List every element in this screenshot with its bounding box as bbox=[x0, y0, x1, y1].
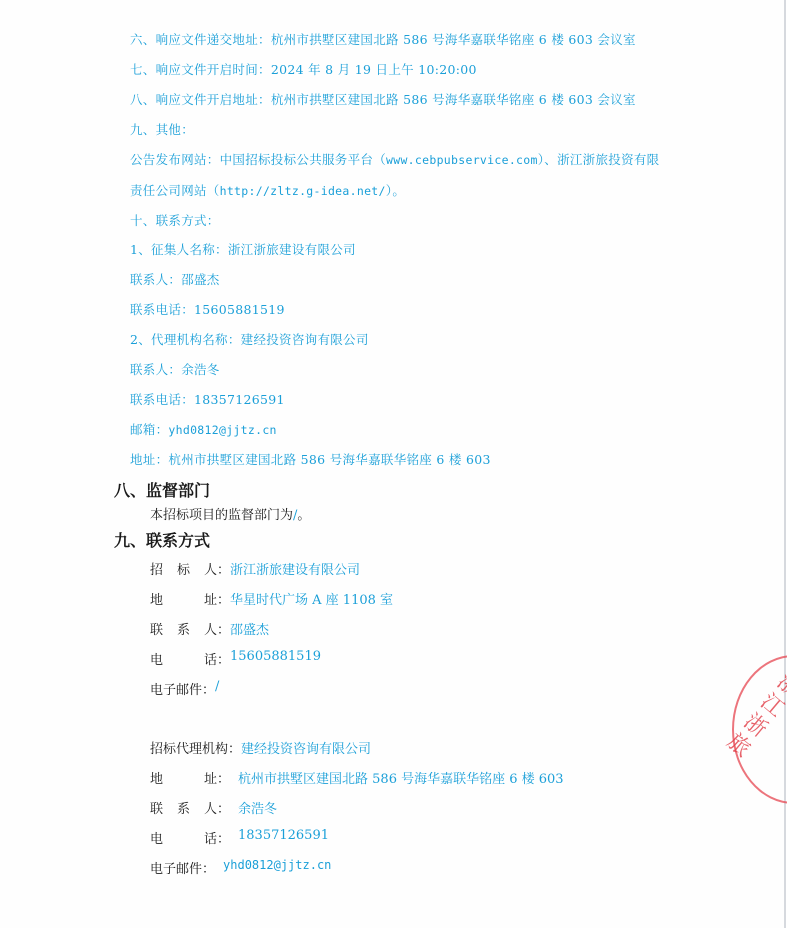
publish-prefix: 责任公司网站（ bbox=[130, 183, 220, 198]
solicitor-person: 联系人：邵盛杰 bbox=[130, 270, 220, 288]
cebpubservice-link[interactable]: www.cebpubservice.com bbox=[386, 153, 538, 167]
row-label: 电话 bbox=[150, 828, 217, 847]
tenderer-name-row: 招标人：浙江浙旅建设有限公司 bbox=[150, 559, 360, 578]
supervision-prefix: 本招标项目的监督部门为 bbox=[150, 508, 293, 523]
row-label: 联系人 bbox=[150, 798, 217, 817]
row-value[interactable]: yhd0812@jjtz.cn bbox=[223, 858, 331, 877]
row-label: 电子邮件 bbox=[150, 679, 202, 698]
colon: ： bbox=[217, 798, 230, 817]
colon: ： bbox=[217, 768, 230, 787]
agent-email-row: 电子邮件：yhd0812@jjtz.cn bbox=[150, 858, 331, 877]
document-page: 六、响应文件递交地址：杭州市拱墅区建国北路 586 号海华嘉联华铭座 6 楼 6… bbox=[0, 0, 786, 928]
agency-email: 邮箱：yhd0812@jjtz.cn bbox=[130, 420, 277, 438]
row-label: 电子邮件 bbox=[150, 858, 202, 877]
row-value: 杭州市拱墅区建国北路 586 号海华嘉联华铭座 6 楼 603 bbox=[238, 768, 564, 787]
notice-value: 杭州市拱墅区建国北路 586 号海华嘉联华铭座 6 楼 603 会议室 bbox=[271, 92, 636, 107]
row-label: 电话 bbox=[150, 649, 217, 668]
publish-line-1: 公告发布网站：中国招标投标公共服务平台（www.cebpubservice.co… bbox=[130, 150, 659, 168]
colon: ： bbox=[217, 559, 230, 578]
agent-name-row: 招标代理机构：建经投资咨询有限公司 bbox=[150, 738, 371, 757]
notice-value: 杭州市拱墅区建国北路 586 号海华嘉联华铭座 6 楼 603 会议室 bbox=[271, 32, 636, 47]
email-label: 邮箱： bbox=[130, 422, 168, 437]
row-label: 地址 bbox=[150, 589, 217, 608]
publish-suffix: ）、浙江浙旅投资有限 bbox=[538, 152, 660, 167]
colon: ： bbox=[228, 738, 241, 757]
colon: ： bbox=[202, 679, 215, 698]
tenderer-address-row: 地址：华星时代广场 A 座 1108 室 bbox=[150, 589, 393, 608]
colon: ： bbox=[217, 589, 230, 608]
agency-phone: 联系电话：18357126591 bbox=[130, 390, 285, 408]
row-value: 浙江浙旅建设有限公司 bbox=[230, 559, 360, 578]
colon: ： bbox=[202, 858, 215, 877]
tenderer-email-row: 电子邮件：/ bbox=[150, 679, 219, 698]
notice-item-open-time: 七、响应文件开启时间：2024 年 8 月 19 日上午 10:20:00 bbox=[130, 60, 477, 78]
notice-label: 九、其他： bbox=[130, 122, 194, 137]
row-value: 余浩冬 bbox=[238, 798, 277, 817]
notice-item-open-address: 八、响应文件开启地址：杭州市拱墅区建国北路 586 号海华嘉联华铭座 6 楼 6… bbox=[130, 90, 636, 108]
supervision-heading: 八、监督部门 bbox=[114, 478, 210, 501]
row-value: 18357126591 bbox=[238, 828, 329, 847]
publish-prefix: 公告发布网站：中国招标投标公共服务平台（ bbox=[130, 152, 386, 167]
agency-name: 2、代理机构名称：建经投资咨询有限公司 bbox=[130, 330, 369, 348]
tenderer-phone-row: 电话：15605881519 bbox=[150, 649, 321, 668]
agency-address: 地址：杭州市拱墅区建国北路 586 号海华嘉联华铭座 6 楼 603 bbox=[130, 450, 491, 468]
agent-address-row: 地址：杭州市拱墅区建国北路 586 号海华嘉联华铭座 6 楼 603 bbox=[150, 768, 564, 787]
contact-section-title: 十、联系方式： bbox=[130, 211, 220, 229]
notice-item-other: 九、其他： bbox=[130, 120, 194, 138]
notice-item-submit-address: 六、响应文件递交地址：杭州市拱墅区建国北路 586 号海华嘉联华铭座 6 楼 6… bbox=[130, 30, 636, 48]
row-value: 15605881519 bbox=[230, 649, 321, 668]
publish-line-2: 责任公司网站（http://zltz.g-idea.net/）。 bbox=[130, 181, 405, 199]
tenderer-person-row: 联系人：邵盛杰 bbox=[150, 619, 269, 638]
zltz-link[interactable]: http://zltz.g-idea.net/ bbox=[220, 184, 386, 198]
row-value: 华星时代广场 A 座 1108 室 bbox=[230, 589, 393, 608]
notice-value: 2024 年 8 月 19 日上午 10:20:00 bbox=[271, 62, 477, 77]
agent-person-row: 联系人：余浩冬 bbox=[150, 798, 277, 817]
notice-label: 七、响应文件开启时间： bbox=[130, 62, 271, 77]
row-label: 联系人 bbox=[150, 619, 217, 638]
supervision-text: 本招标项目的监督部门为/。 bbox=[150, 504, 310, 523]
colon: ： bbox=[217, 828, 230, 847]
row-value: 邵盛杰 bbox=[230, 619, 269, 638]
supervision-suffix: 。 bbox=[297, 508, 310, 523]
notice-label: 八、响应文件开启地址： bbox=[130, 92, 271, 107]
solicitor-name: 1、征集人名称：浙江浙旅建设有限公司 bbox=[130, 240, 356, 258]
row-value: / bbox=[215, 679, 219, 698]
colon: ： bbox=[217, 619, 230, 638]
row-label: 招标人 bbox=[150, 559, 217, 578]
notice-label: 六、响应文件递交地址： bbox=[130, 32, 271, 47]
solicitor-phone: 联系电话：15605881519 bbox=[130, 300, 285, 318]
row-label: 招标代理机构 bbox=[150, 738, 228, 757]
publish-suffix: ）。 bbox=[386, 183, 405, 198]
agent-phone-row: 电话：18357126591 bbox=[150, 828, 329, 847]
agency-person: 联系人：余浩冬 bbox=[130, 360, 220, 378]
contact-heading: 九、联系方式 bbox=[114, 528, 210, 551]
row-label: 地址 bbox=[150, 768, 217, 787]
email-link[interactable]: yhd0812@jjtz.cn bbox=[168, 423, 276, 437]
row-value: 建经投资咨询有限公司 bbox=[241, 738, 371, 757]
colon: ： bbox=[217, 649, 230, 668]
